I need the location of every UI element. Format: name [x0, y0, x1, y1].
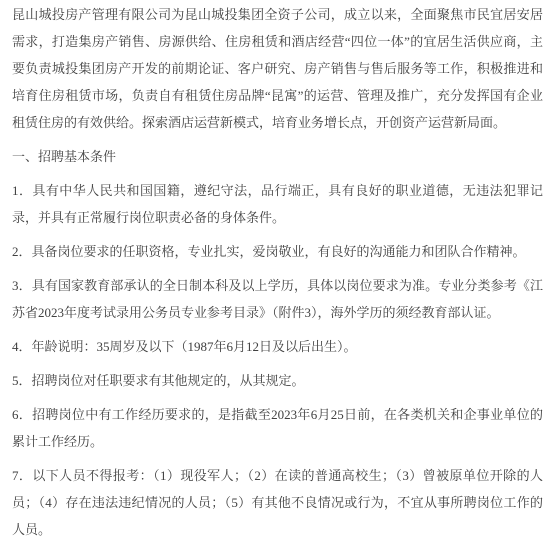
company-intro-paragraph: 昆山城投房产管理有限公司为昆山城投集团全资子公司，成立以来，全面聚焦市民宜居安居…: [12, 1, 543, 136]
condition-item-3: 3．具有国家教育部承认的全日制本科及以上学历，具体以岗位要求为准。专业分类参考《…: [12, 272, 543, 326]
section-title-basic-conditions: 一、招聘基本条件: [12, 143, 543, 170]
condition-item-4: 4．年龄说明：35周岁及以下（1987年6月12日及以后出生）。: [12, 333, 543, 360]
recruitment-notice-page: 昆山城投房产管理有限公司为昆山城投集团全资子公司，成立以来，全面聚焦市民宜居安居…: [0, 0, 555, 548]
condition-item-5: 5．招聘岗位对任职要求有其他规定的，从其规定。: [12, 367, 543, 394]
condition-item-6: 6．招聘岗位中有工作经历要求的，是指截至2023年6月25日前，在各类机关和企事…: [12, 401, 543, 455]
condition-item-1: 1．具有中华人民共和国国籍，遵纪守法，品行端正，具有良好的职业道德，无违法犯罪记…: [12, 177, 543, 231]
condition-item-7: 7．以下人员不得报考：（1）现役军人；（2）在读的普通高校生；（3）曾被原单位开…: [12, 462, 543, 543]
condition-item-2: 2．具备岗位要求的任职资格，专业扎实，爱岗敬业，有良好的沟通能力和团队合作精神。: [12, 238, 543, 265]
